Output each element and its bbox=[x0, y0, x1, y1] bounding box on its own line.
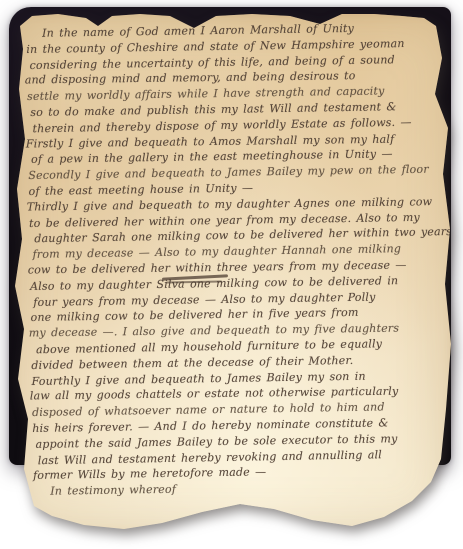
manuscript-text: In the name of God amen I Aaron Marshall… bbox=[26, 19, 451, 499]
torn-paper-sheet: In the name of God amen I Aaron Marshall… bbox=[12, 14, 453, 534]
paper-shadow-wrap: In the name of God amen I Aaron Marshall… bbox=[0, 0, 463, 549]
scanned-document-photo: In the name of God amen I Aaron Marshall… bbox=[0, 0, 463, 549]
